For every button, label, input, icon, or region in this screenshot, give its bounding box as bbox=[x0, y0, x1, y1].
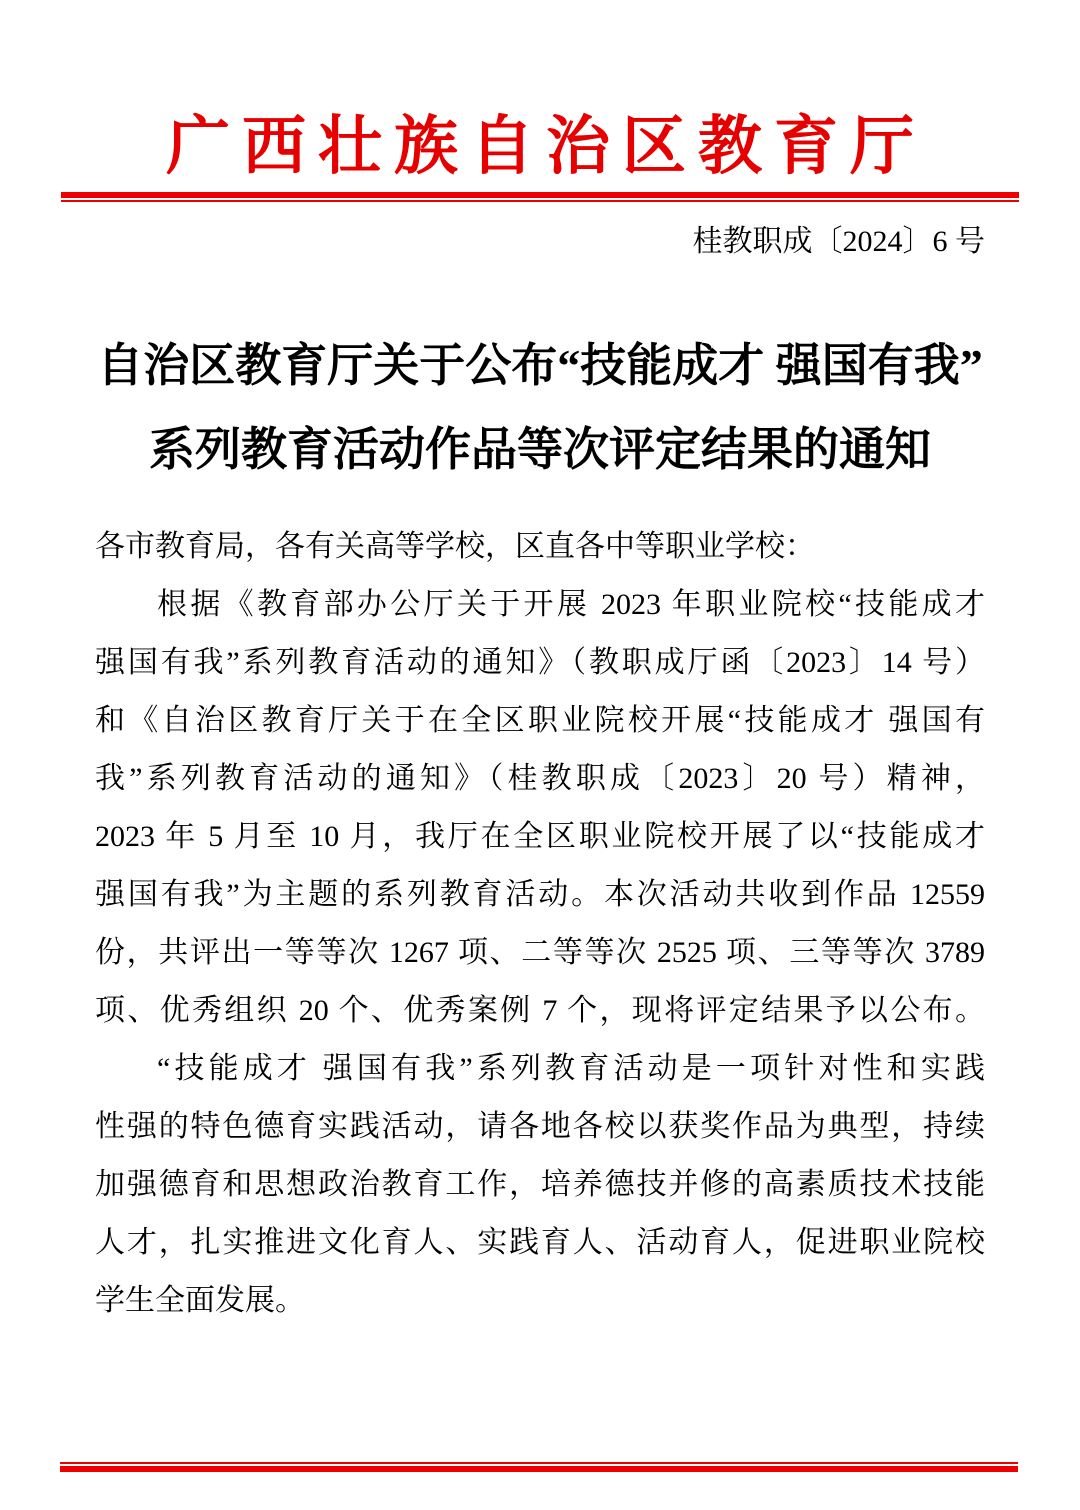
paragraph-1-line: 强国有我”为主题的系列教育活动。本次活动共收到作品 12559 bbox=[95, 866, 985, 924]
paragraph-1-line: 我”系列教育活动的通知》（桂教职成〔2023〕20 号）精神， bbox=[95, 750, 985, 808]
paragraph-1: 根据《教育部办公厅关于开展 2023 年职业院校“技能成才 强国有我”系列教育活… bbox=[95, 576, 985, 1040]
paragraph-2: “技能成才 强国有我”系列教育活动是一项针对性和实践 性强的特色德育实践活动，请… bbox=[95, 1040, 985, 1330]
document-body: 各市教育局，各有关高等学校，区直各中等职业学校： 根据《教育部办公厅关于开展 2… bbox=[95, 518, 985, 1330]
document-title-line-1: 自治区教育厅关于公布“技能成才 强国有我” bbox=[0, 324, 1080, 408]
letterhead-agency-name: 广西壮族自治区教育厅 bbox=[0, 112, 1080, 182]
paragraph-1-line: 份，共评出一等等次 1267 项、二等等次 2525 项、三等等次 3789 bbox=[95, 924, 985, 982]
official-document-page: 广西壮族自治区教育厅 桂教职成〔2024〕6 号 自治区教育厅关于公布“技能成才… bbox=[0, 0, 1080, 1510]
paragraph-2-line: 性强的特色德育实践活动，请各地各校以获奖作品为典型，持续 bbox=[95, 1098, 985, 1156]
paragraph-1-line: 强国有我”系列教育活动的通知》（教职成厅函〔2023〕14 号） bbox=[95, 634, 985, 692]
paragraph-1-line: 根据《教育部办公厅关于开展 2023 年职业院校“技能成才 bbox=[95, 576, 985, 634]
paragraph-2-line: 人才，扎实推进文化育人、实践育人、活动育人，促进职业院校 bbox=[95, 1214, 985, 1272]
paragraph-1-line: 项、优秀组织 20 个、优秀案例 7 个，现将评定结果予以公布。 bbox=[95, 982, 985, 1040]
paragraph-2-line: “技能成才 强国有我”系列教育活动是一项针对性和实践 bbox=[95, 1040, 985, 1098]
paragraph-1-line: 和《自治区教育厅关于在全区职业院校开展“技能成才 强国有 bbox=[95, 692, 985, 750]
letterhead-double-red-rule bbox=[61, 192, 1019, 202]
document-title: 自治区教育厅关于公布“技能成才 强国有我” 系列教育活动作品等次评定结果的通知 bbox=[0, 324, 1080, 492]
paragraph-2-line: 加强德育和思想政治教育工作，培养德技并修的高素质技术技能 bbox=[95, 1156, 985, 1214]
document-reference-number: 桂教职成〔2024〕6 号 bbox=[0, 226, 1080, 258]
salutation-line: 各市教育局，各有关高等学校，区直各中等职业学校： bbox=[95, 518, 985, 576]
footer-double-red-rule bbox=[60, 1462, 1018, 1472]
document-title-line-2: 系列教育活动作品等次评定结果的通知 bbox=[0, 408, 1080, 492]
paragraph-1-line: 2023 年 5 月至 10 月，我厅在全区职业院校开展了以“技能成才 bbox=[95, 808, 985, 866]
paragraph-2-line: 学生全面发展。 bbox=[95, 1272, 985, 1330]
